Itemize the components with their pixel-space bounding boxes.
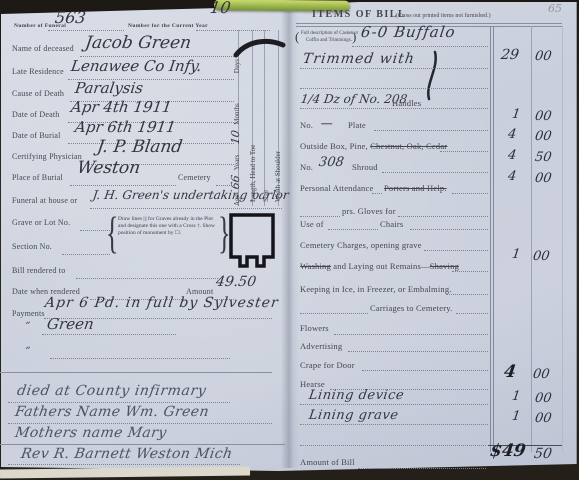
rule bbox=[328, 229, 378, 230]
pen-stroke bbox=[420, 50, 440, 102]
rule bbox=[452, 271, 488, 272]
rule bbox=[348, 351, 488, 352]
item-label: Advertising bbox=[300, 342, 342, 351]
item-label-kept: Outside Box, Pine, bbox=[300, 141, 368, 151]
amount-dollars: 1 bbox=[511, 390, 521, 403]
rule bbox=[531, 26, 532, 452]
amount-cents: 00 bbox=[532, 368, 550, 381]
rule bbox=[300, 445, 486, 446]
amount-cents: 00 bbox=[532, 250, 550, 263]
item-label: Plate bbox=[348, 121, 366, 130]
item-label: Personal Attendance bbox=[300, 184, 373, 193]
rule bbox=[300, 404, 488, 405]
rule bbox=[452, 193, 488, 194]
rule bbox=[372, 193, 382, 194]
item-label: Keeping in Ice, in Freezer, or Embalming… bbox=[300, 285, 452, 294]
item-handwritten: Trimmed with bbox=[302, 52, 416, 66]
amount-dollars: 29 bbox=[500, 48, 520, 62]
rule bbox=[352, 46, 488, 47]
item-label: Flowers bbox=[300, 324, 329, 333]
item-handwritten: Lining grave bbox=[308, 409, 399, 422]
amount-cents: 50 bbox=[534, 151, 552, 164]
casket-label-2: Coffin and Trimmings. bbox=[306, 38, 352, 43]
item-label: Handles bbox=[392, 99, 421, 108]
total-cents: 50 bbox=[533, 447, 553, 461]
amount-dollars: 1 bbox=[511, 108, 521, 121]
close-paren: ) bbox=[352, 30, 356, 43]
scanned-funeral-record: 65 Number of Funeral 563 Number for the … bbox=[0, 0, 579, 480]
amount-cents: 00 bbox=[534, 392, 552, 405]
rule bbox=[446, 294, 488, 295]
rule bbox=[334, 334, 488, 335]
rule bbox=[382, 172, 488, 173]
item-label: Chairs bbox=[380, 220, 403, 229]
rule bbox=[300, 108, 488, 109]
item-label: Cemetery Charges, opening grave bbox=[300, 241, 422, 250]
rule bbox=[362, 370, 488, 371]
rule bbox=[440, 151, 488, 152]
item-label-kept: and Laying out Remains— bbox=[333, 261, 429, 271]
rule bbox=[374, 130, 488, 131]
item-handwritten: — bbox=[320, 117, 334, 129]
right-page: ITEMS OF BILL (Cross out printed items n… bbox=[0, 0, 579, 480]
item-label-struck: Porters and Help. bbox=[384, 184, 447, 193]
item-label: prs. Gloves for bbox=[342, 207, 396, 216]
amount-cents: 00 bbox=[534, 110, 552, 123]
items-of-bill-title: ITEMS OF BILL bbox=[312, 10, 406, 20]
amount-dollars: 1 bbox=[511, 248, 521, 261]
casket-value: 6-0 Buffalo bbox=[360, 25, 457, 40]
amount-cents: 00 bbox=[534, 130, 552, 143]
rule bbox=[398, 216, 488, 217]
item-label-struck: Chestnut, Oak, Cedar bbox=[370, 141, 447, 151]
item-label: Washing and Laying out Remains—Shaving bbox=[300, 262, 459, 271]
open-paren: ( bbox=[295, 30, 299, 43]
item-label: Use of bbox=[300, 220, 324, 229]
rule bbox=[300, 424, 488, 425]
amount-cents: 00 bbox=[534, 50, 552, 63]
item-label: Crape for Door bbox=[300, 361, 355, 370]
total-dollars: $49 bbox=[489, 443, 527, 460]
rule bbox=[300, 216, 340, 217]
item-label-struck: Washing bbox=[300, 261, 331, 271]
item-label: No. bbox=[300, 121, 313, 130]
rule bbox=[300, 88, 488, 89]
rule bbox=[424, 250, 488, 251]
rule bbox=[358, 468, 486, 469]
items-of-bill-subtitle: (Cross out printed items not furnished.) bbox=[396, 13, 491, 19]
item-handwritten: 308 bbox=[318, 156, 345, 169]
rule bbox=[493, 26, 494, 452]
item-label: Shroud bbox=[352, 163, 378, 172]
item-label: Carriages to Cemetery. bbox=[370, 304, 452, 313]
amount-of-bill-label: Amount of Bill bbox=[300, 458, 355, 467]
item-label: Outside Box, Pine, Chestnut, Oak, Cedar bbox=[300, 142, 447, 151]
casket-label-1: Full description of Casket or bbox=[301, 31, 358, 36]
amount-dollars: 4 bbox=[507, 170, 517, 183]
rule bbox=[456, 313, 488, 314]
rule bbox=[300, 68, 488, 69]
amount-dollars: 4 bbox=[507, 128, 517, 141]
item-handwritten: Lining device bbox=[308, 389, 405, 402]
amount-cents: 00 bbox=[534, 412, 552, 425]
rule bbox=[490, 26, 491, 452]
amount-cents: 00 bbox=[534, 172, 552, 185]
amount-dollars: 4 bbox=[507, 149, 517, 162]
rule bbox=[562, 26, 563, 452]
item-label-struck: Shaving bbox=[430, 261, 459, 271]
amount-dollars: 4 bbox=[503, 364, 517, 381]
rule bbox=[410, 229, 488, 230]
amount-dollars: 1 bbox=[511, 410, 521, 423]
item-label: No. bbox=[300, 163, 313, 172]
rule bbox=[300, 313, 368, 314]
